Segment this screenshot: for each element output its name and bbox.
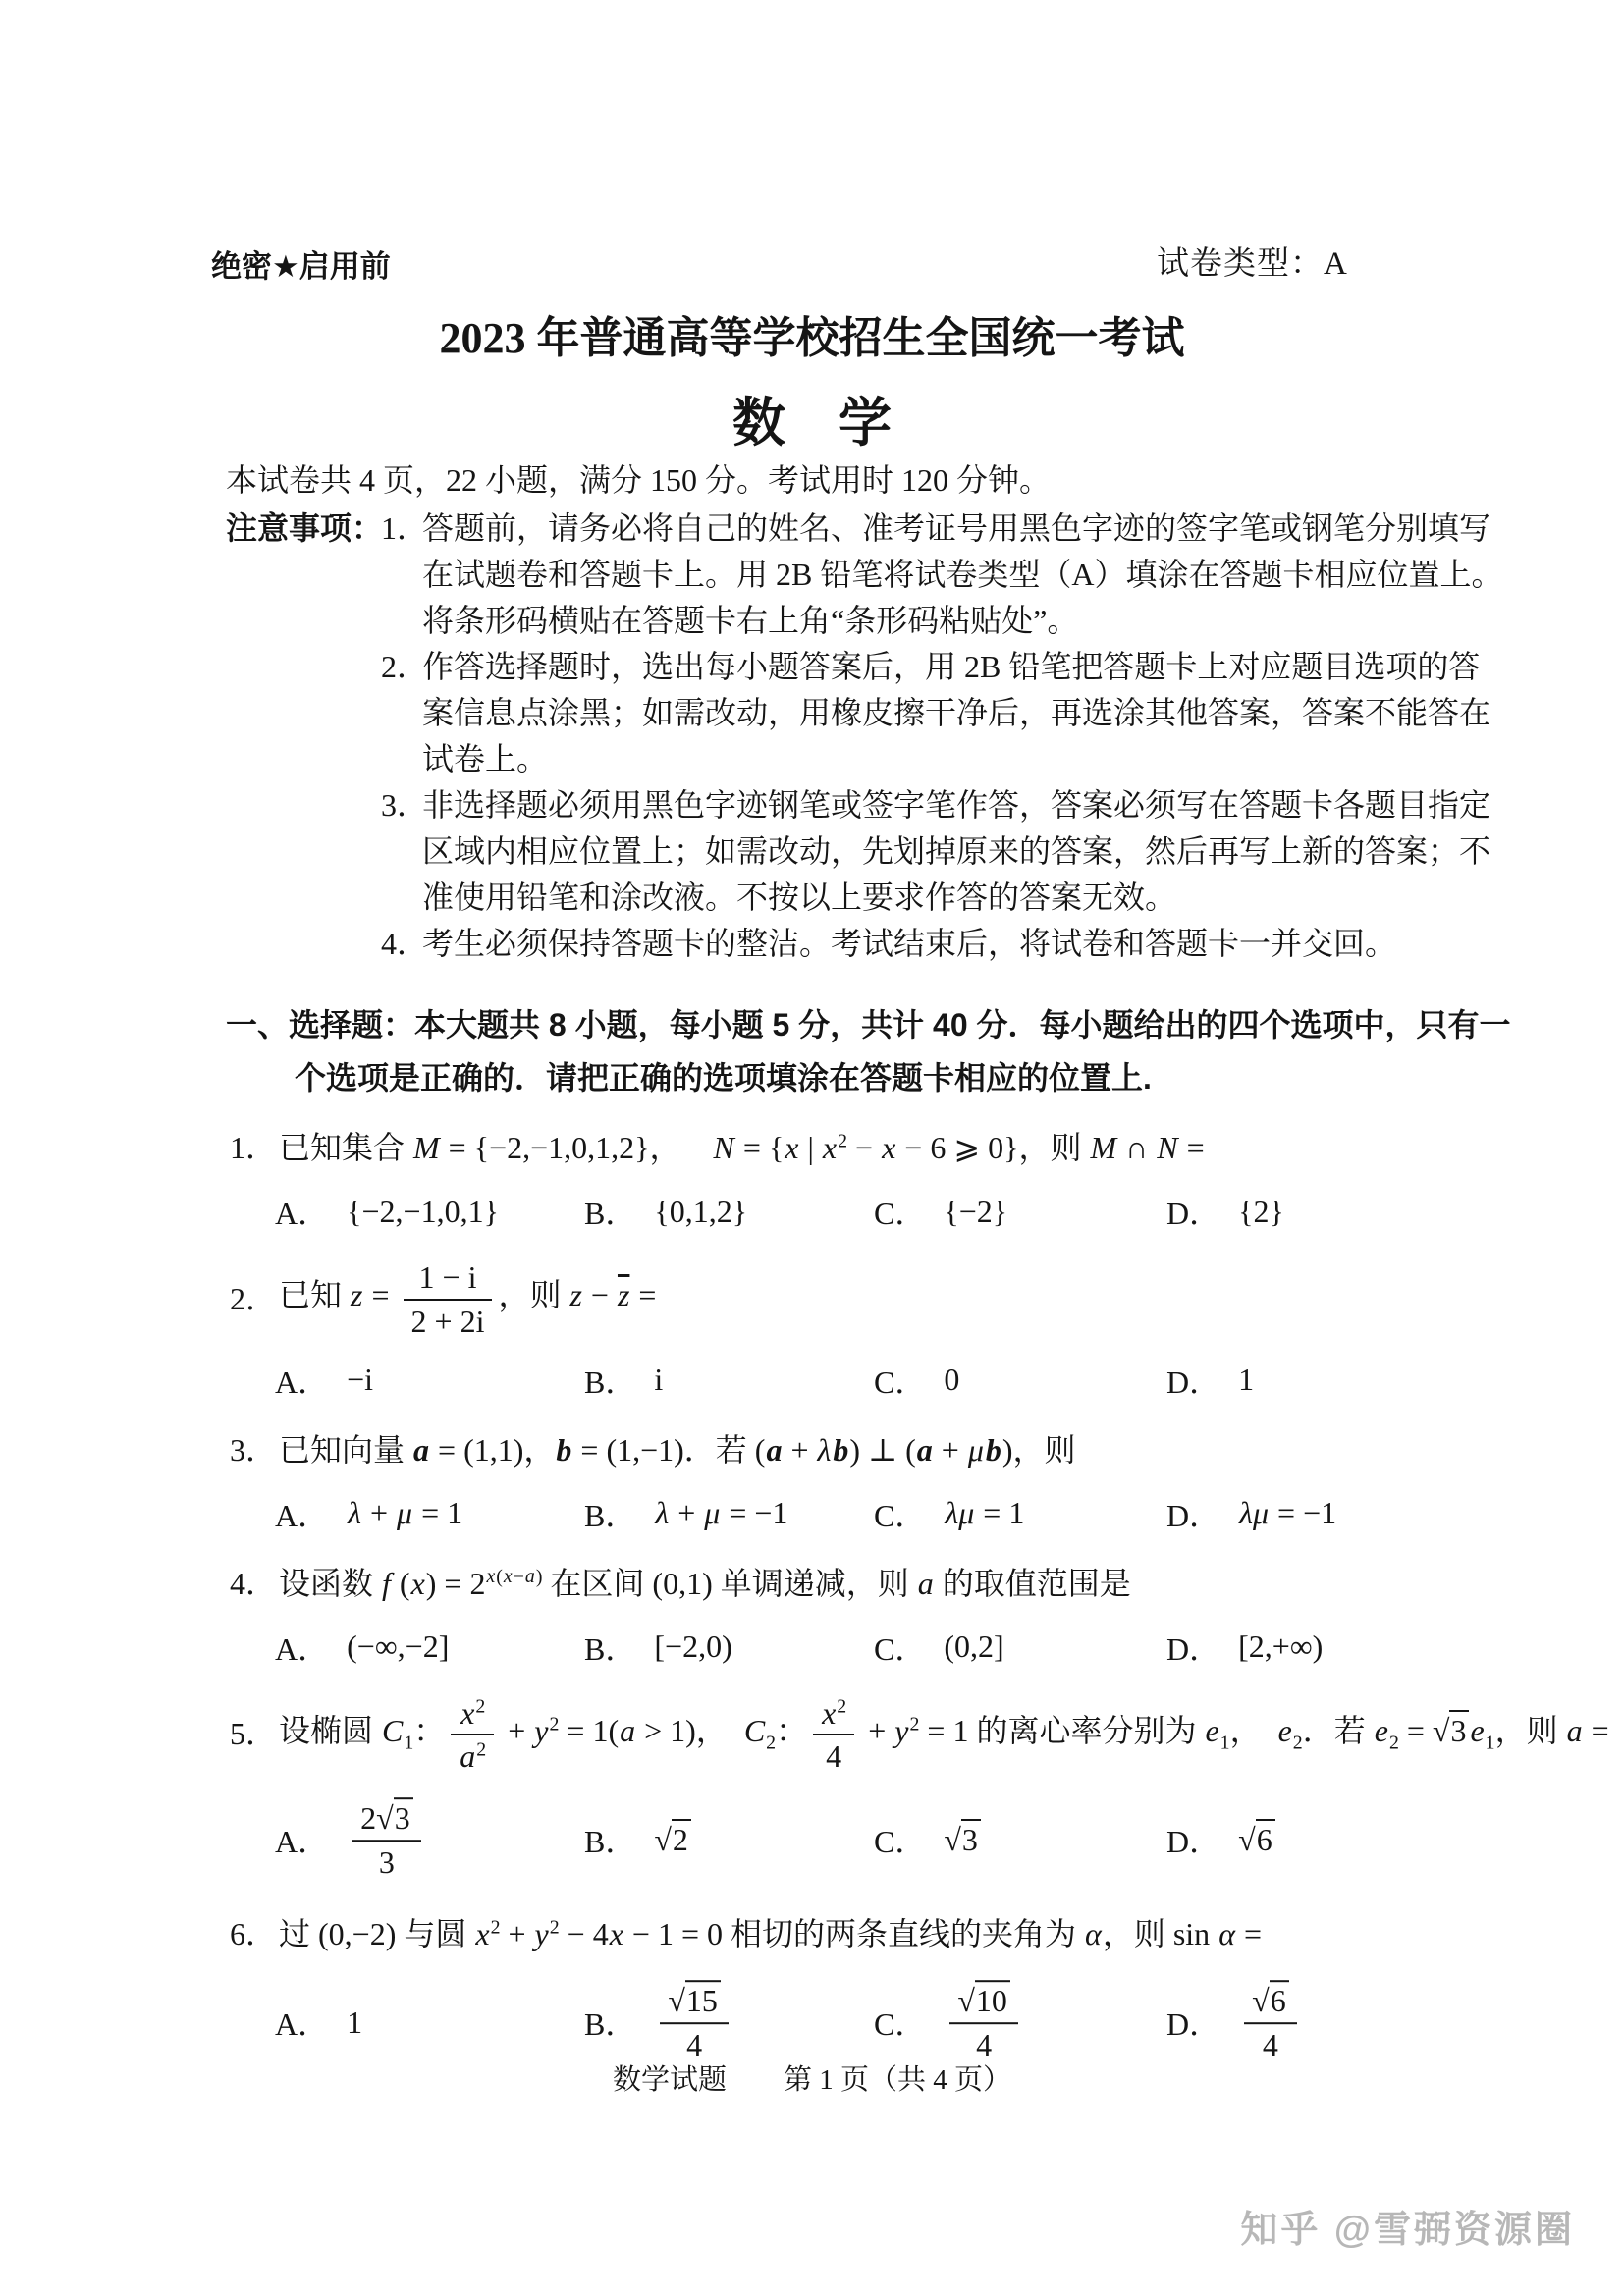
subject-title: 数 学 <box>0 381 1624 456</box>
question-6: 6． 过 (0,−2) 与圆 x2 + y2 − 4x − 1 = 0 相切的两… <box>226 1910 1419 2073</box>
option-a: A．{−2,−1,0,1} <box>275 1189 499 1234</box>
option-c: C．√104 <box>874 1981 1024 2063</box>
question-number: 4． <box>230 1560 277 1607</box>
notice-line: 将条形码横贴在答题卡右上角“条形码粘贴处”。 <box>422 598 1419 644</box>
notice-line: 案信息点涂黑；如需改动，用橡皮擦干净后，再选涂其他答案，答案不能答在 <box>422 690 1419 736</box>
option-b: B．√2 <box>584 1817 691 1862</box>
option-label: B． <box>584 1358 636 1403</box>
watermark-credit: 知乎 @雪弼资源圈 <box>1240 2199 1575 2253</box>
notice-item-2: 2． 作答选择题时，选出每小题答案后，用 2B 铅笔把答题卡上对应题目选项的答 … <box>226 644 1419 782</box>
question-number: 3． <box>230 1426 277 1473</box>
paper-body: 本试卷共 4 页，22 小题，满分 150 分。考试用时 120 分钟。 注意事… <box>226 457 1419 2073</box>
option-label: A． <box>275 1189 329 1234</box>
option-a: A．(−∞,−2] <box>275 1625 449 1670</box>
option-label: C． <box>874 1358 926 1403</box>
page-footer: 数学试题 第 1 页（共 4 页） <box>0 2057 1624 2098</box>
notice-line: 区域内相应位置上；如需改动，先划掉原来的答案，然后再写上新的答案；不 <box>422 828 1419 875</box>
paper-type-label: 试卷类型：A <box>1157 238 1348 284</box>
question-stem-text: 设函数 f (x) = 2x(x−a) 在区间 (0,1) 单调递减，则 a 的… <box>279 1560 1131 1607</box>
option-c: C．{−2} <box>874 1189 1007 1234</box>
option-value: i <box>654 1362 663 1398</box>
option-value: {2} <box>1238 1194 1284 1230</box>
notice-item-number: 1． <box>381 506 428 552</box>
option-label: A． <box>275 1491 329 1536</box>
question-number: 5． <box>230 1710 277 1757</box>
option-label: B． <box>584 1625 636 1670</box>
option-label: C． <box>874 2000 926 2045</box>
notice-item-number: 2． <box>381 644 428 690</box>
question-options: A．(−∞,−2] B．[−2,0) C．(0,2] D．[2,+∞) <box>226 1621 1419 1674</box>
question-stem: 2． 已知 z = 1 − i2 + 2i，则 z − z = <box>226 1257 1419 1340</box>
notice-block: 注意事项： 1． 答题前，请务必将自己的姓名、准考证号用黑色字迹的签字笔或钢笔分… <box>226 506 1419 967</box>
notice-item-number: 3． <box>381 782 428 828</box>
option-d: D．√6 <box>1166 1817 1275 1862</box>
notice-item-1: 1． 答题前，请务必将自己的姓名、准考证号用黑色字迹的签字笔或钢笔分别填写 在试… <box>226 506 1419 644</box>
question-stem-text: 设椭圆 C1：x2a2 + y2 = 1(a > 1)， C2：x24 + y2… <box>279 1693 1609 1776</box>
question-stem-text: 已知集合 M = {−2,−1,0,1,2}， N = {x | x2 − x … <box>279 1124 1205 1171</box>
option-label: A． <box>275 1817 329 1862</box>
option-a: A．λ + μ = 1 <box>275 1491 462 1536</box>
option-value: (−∞,−2] <box>347 1629 449 1665</box>
option-label: A． <box>275 1625 329 1670</box>
option-a: A．1 <box>275 2000 362 2045</box>
notice-line: 答题前，请务必将自己的姓名、准考证号用黑色字迹的签字笔或钢笔分别填写 <box>422 506 1419 552</box>
question-1: 1． 已知集合 M = {−2,−1,0,1,2}， N = {x | x2 −… <box>226 1124 1419 1238</box>
option-a: A．2√33 <box>275 1798 427 1881</box>
option-value: 1 <box>1238 1362 1254 1398</box>
option-label: D． <box>1166 1625 1220 1670</box>
option-label: B． <box>584 1817 636 1862</box>
security-classification-label: 绝密★启用前 <box>211 241 391 286</box>
notice-item-3: 3． 非选择题必须用黑色字迹钢笔或签字笔作答，答案必须写在答题卡各题目指定 区域… <box>226 782 1419 921</box>
question-options: A．−i B．i C．0 D．1 <box>226 1354 1419 1407</box>
option-label: D． <box>1166 2000 1220 2045</box>
option-value: √3 <box>944 1822 981 1858</box>
option-value: {0,1,2} <box>654 1194 747 1230</box>
question-stem: 1． 已知集合 M = {−2,−1,0,1,2}， N = {x | x2 −… <box>226 1124 1419 1171</box>
question-5: 5． 设椭圆 C1：x2a2 + y2 = 1(a > 1)， C2：x24 +… <box>226 1693 1419 1892</box>
option-label: D． <box>1166 1817 1220 1862</box>
notice-line: 考生必须保持答题卡的整洁。考试结束后，将试卷和答题卡一并交回。 <box>422 921 1419 967</box>
question-2: 2． 已知 z = 1 − i2 + 2i，则 z − z = A．−i B．i… <box>226 1257 1419 1407</box>
option-label: D． <box>1166 1189 1220 1234</box>
option-value: √154 <box>654 1981 734 2063</box>
section-heading-line: 个选项是正确的．请把正确的选项填涂在答题卡相应的位置上. <box>226 1051 1419 1104</box>
notice-line: 作答选择题时，选出每小题答案后，用 2B 铅笔把答题卡上对应题目选项的答 <box>422 644 1419 690</box>
notice-item-4: 4． 考生必须保持答题卡的整洁。考试结束后，将试卷和答题卡一并交回。 <box>226 921 1419 967</box>
option-c: C．(0,2] <box>874 1625 1004 1670</box>
option-label: B． <box>584 1189 636 1234</box>
option-b: B．i <box>584 1358 663 1403</box>
option-b: B．√154 <box>584 1981 734 2063</box>
option-value: √2 <box>654 1822 691 1858</box>
question-options: A．{−2,−1,0,1} B．{0,1,2} C．{−2} D．{2} <box>226 1185 1419 1238</box>
exam-title: 2023 年普通高等学校招生全国统一考试 <box>0 302 1624 365</box>
option-value: 2√33 <box>347 1798 427 1881</box>
question-stem-text: 已知向量 a = (1,1)，b = (1,−1)．若 (a + λb) ⊥ (… <box>279 1426 1076 1473</box>
notice-line: 准使用铅笔和涂改液。不按以上要求作答的答案无效。 <box>422 875 1419 921</box>
option-a: A．−i <box>275 1358 373 1403</box>
notice-line: 在试题卷和答题卡上。用 2B 铅笔将试卷类型（A）填涂在答题卡相应位置上。 <box>422 552 1419 598</box>
notice-item-number: 4． <box>381 921 428 967</box>
option-value: √64 <box>1238 1981 1303 2063</box>
option-value: λμ = −1 <box>1238 1495 1336 1531</box>
option-value: {−2} <box>944 1194 1007 1230</box>
option-d: D．[2,+∞) <box>1166 1625 1323 1670</box>
option-label: C． <box>874 1817 926 1862</box>
option-value: {−2,−1,0,1} <box>347 1194 499 1230</box>
question-number: 2． <box>230 1275 277 1322</box>
question-3: 3． 已知向量 a = (1,1)，b = (1,−1)．若 (a + λb) … <box>226 1426 1419 1540</box>
question-number: 1． <box>230 1124 277 1171</box>
option-label: C． <box>874 1189 926 1234</box>
option-d: D．λμ = −1 <box>1166 1491 1336 1536</box>
option-b: B．[−2,0) <box>584 1625 732 1670</box>
notice-line: 试卷上。 <box>422 736 1419 782</box>
option-label: D． <box>1166 1358 1220 1403</box>
question-options: A．2√33 B．√2 C．√3 D．√6 <box>226 1789 1419 1891</box>
option-value: 1 <box>347 2004 362 2041</box>
option-value: −i <box>347 1362 373 1398</box>
question-stem: 5． 设椭圆 C1：x2a2 + y2 = 1(a > 1)， C2：x24 +… <box>226 1693 1419 1776</box>
section-heading-choice-questions: 一、选择题：本大题共 8 小题，每小题 5 分，共计 40 分．每小题给出的四个… <box>226 998 1419 1104</box>
option-value: λ + μ = −1 <box>654 1495 787 1531</box>
question-options: A．λ + μ = 1 B．λ + μ = −1 C．λμ = 1 D．λμ =… <box>226 1487 1419 1540</box>
question-stem-text: 过 (0,−2) 与圆 x2 + y2 − 4x − 1 = 0 相切的两条直线… <box>279 1910 1262 1957</box>
option-d: D．1 <box>1166 1358 1254 1403</box>
paper-meta-line: 本试卷共 4 页，22 小题，满分 150 分。考试用时 120 分钟。 <box>226 457 1419 504</box>
option-label: D． <box>1166 1491 1220 1536</box>
option-label: C． <box>874 1491 926 1536</box>
option-value: λμ = 1 <box>944 1495 1024 1531</box>
question-stem: 6． 过 (0,−2) 与圆 x2 + y2 − 4x − 1 = 0 相切的两… <box>226 1910 1419 1957</box>
section-heading-line: 一、选择题：本大题共 8 小题，每小题 5 分，共计 40 分．每小题给出的四个… <box>226 998 1419 1051</box>
question-stem: 4． 设函数 f (x) = 2x(x−a) 在区间 (0,1) 单调递减，则 … <box>226 1560 1419 1607</box>
option-b: B．{0,1,2} <box>584 1189 747 1234</box>
exam-paper-page: 绝密★启用前 试卷类型：A 2023 年普通高等学校招生全国统一考试 数 学 本… <box>0 0 1624 2296</box>
option-c: C．0 <box>874 1358 959 1403</box>
option-c: C．λμ = 1 <box>874 1491 1024 1536</box>
option-label: C． <box>874 1625 926 1670</box>
option-label: A． <box>275 2000 329 2045</box>
question-stem-text: 已知 z = 1 − i2 + 2i，则 z − z = <box>279 1257 656 1340</box>
question-stem: 3． 已知向量 a = (1,1)，b = (1,−1)．若 (a + λb) … <box>226 1426 1419 1473</box>
option-label: B． <box>584 1491 636 1536</box>
question-number: 6． <box>230 1910 277 1957</box>
option-b: B．λ + μ = −1 <box>584 1491 787 1536</box>
notice-line: 非选择题必须用黑色字迹钢笔或签字笔作答，答案必须写在答题卡各题目指定 <box>422 782 1419 828</box>
option-value: [−2,0) <box>654 1629 731 1665</box>
option-value: √6 <box>1238 1822 1275 1858</box>
option-d: D．{2} <box>1166 1189 1284 1234</box>
option-value: [2,+∞) <box>1238 1629 1323 1665</box>
option-value: (0,2] <box>944 1629 1003 1665</box>
question-4: 4． 设函数 f (x) = 2x(x−a) 在区间 (0,1) 单调递减，则 … <box>226 1560 1419 1674</box>
option-label: A． <box>275 1358 329 1403</box>
option-value: 0 <box>944 1362 959 1398</box>
option-label: B． <box>584 2000 636 2045</box>
option-d: D．√64 <box>1166 1981 1303 2063</box>
option-value: √104 <box>944 1981 1024 2063</box>
option-c: C．√3 <box>874 1817 981 1862</box>
option-value: λ + μ = 1 <box>347 1495 462 1531</box>
